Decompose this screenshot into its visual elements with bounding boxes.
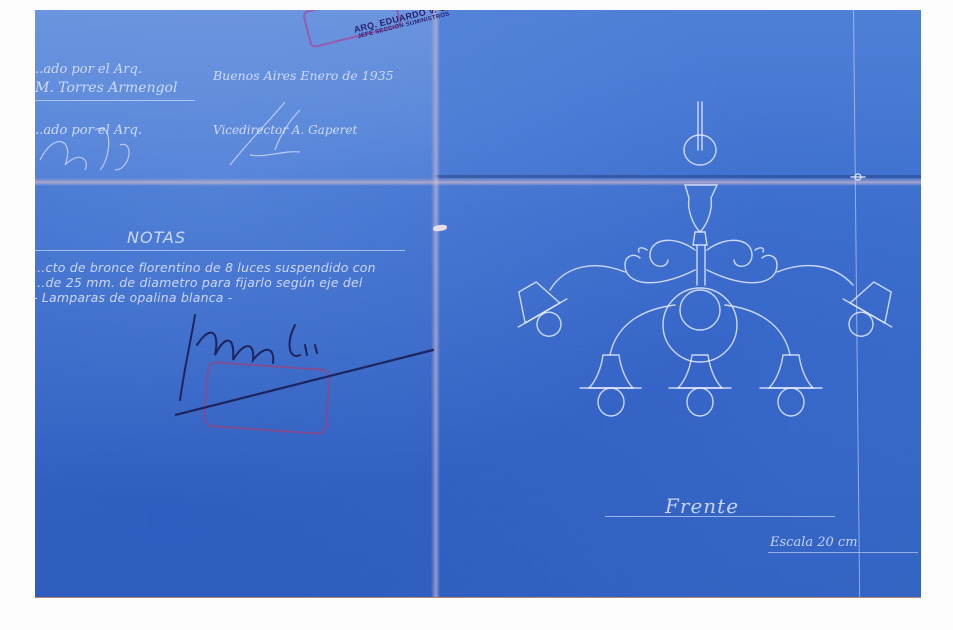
scale-label: Escala 20 cm [770,535,858,550]
view-label: Frente [665,494,739,518]
scale-label-rule [768,552,918,553]
blueprint-sheet: ARQ. EDUARDO V. GOMEZ JEFE SECCION SUMIN… [35,10,921,597]
view-label-rule [605,516,835,517]
chandelier-drawing [35,10,921,597]
